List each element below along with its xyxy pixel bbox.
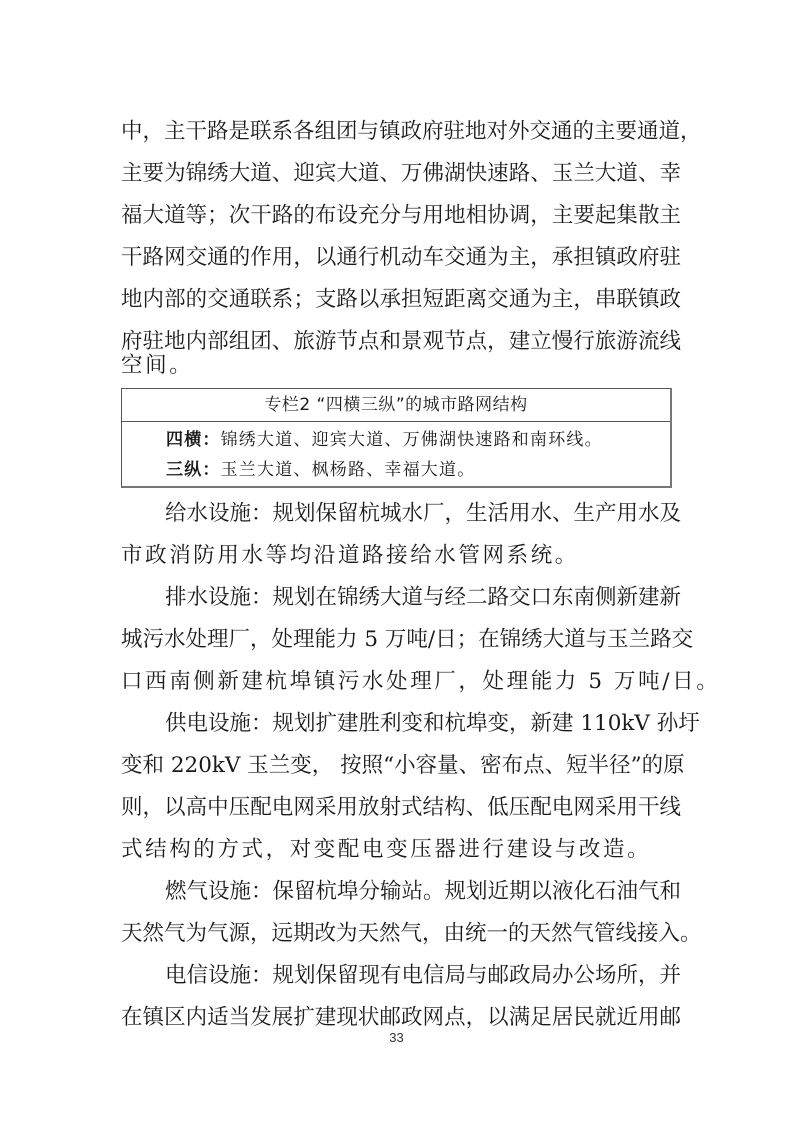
column-box-row-horizontal: 四横：锦绣大道、迎宾大道、万佛湖快速路和南环线。 — [122, 425, 670, 455]
text-line: 口西南侧新建杭埠镇污水处理厂，处理能力 5 万吨/日。 — [121, 668, 681, 696]
text-line: 地内部的交通联系；支路以承担短距离交通为主，串联镇政 — [121, 286, 681, 314]
text-line: 变和 220kV 玉兰变， 按照“小容量、密布点、短半径”的原 — [121, 752, 681, 780]
row-text: 玉兰大道、枫杨路、幸福大道。 — [221, 460, 476, 480]
text-line: 则，以高中压配电网采用放射式结构、低压配电网采用干线 — [121, 794, 681, 822]
column-box-title: 专栏2 “四横三纵”的城市路网结构 — [122, 389, 670, 422]
row-text: 锦绣大道、迎宾大道、万佛湖快速路和南环线。 — [221, 430, 603, 450]
text-line: 城污水处理厂，处理能力 5 万吨/日；在锦绣大道与玉兰路交 — [121, 626, 681, 654]
text-line: 式结构的方式，对变配电变压器进行建设与改造。 — [121, 836, 681, 864]
row-label: 四横： — [166, 430, 221, 450]
text-line: 在镇区内适当发展扩建现状邮政网点，以满足居民就近用邮 — [121, 1004, 681, 1032]
text-line: 干路网交通的作用，以通行机动车交通为主，承担镇政府驻 — [121, 244, 681, 272]
page-number: 33 — [0, 1030, 793, 1045]
column-box-row-vertical: 三纵：玉兰大道、枫杨路、幸福大道。 — [122, 455, 670, 485]
text-line: 给水设施：规划保留杭城水厂，生活用水、生产用水及 — [121, 500, 681, 528]
text-line: 电信设施：规划保留现有电信局与邮政局办公场所，并 — [121, 962, 681, 990]
row-label: 三纵： — [166, 460, 221, 480]
text-line: 空间。 — [121, 352, 681, 380]
text-line: 排水设施：规划在锦绣大道与经二路交口东南侧新建新 — [121, 584, 681, 612]
text-line: 供电设施：规划扩建胜利变和杭埠变，新建 110kV 孙圩 — [121, 710, 681, 738]
text-line: 中，主干路是联系各组团与镇政府驻地对外交通的主要通道， — [121, 118, 681, 146]
column-box-road-structure: 专栏2 “四横三纵”的城市路网结构 四横：锦绣大道、迎宾大道、万佛湖快速路和南环… — [121, 388, 672, 488]
text-line: 主要为锦绣大道、迎宾大道、万佛湖快速路、玉兰大道、幸 — [121, 160, 681, 188]
text-line: 天然气为气源，远期改为天然气，由统一的天然气管线接入。 — [121, 920, 681, 948]
text-line: 福大道等；次干路的布设充分与用地相协调，主要起集散主 — [121, 202, 681, 230]
text-line: 燃气设施：保留杭埠分输站。规划近期以液化石油气和 — [121, 878, 681, 906]
text-line: 市政消防用水等均沿道路接给水管网系统。 — [121, 542, 681, 570]
